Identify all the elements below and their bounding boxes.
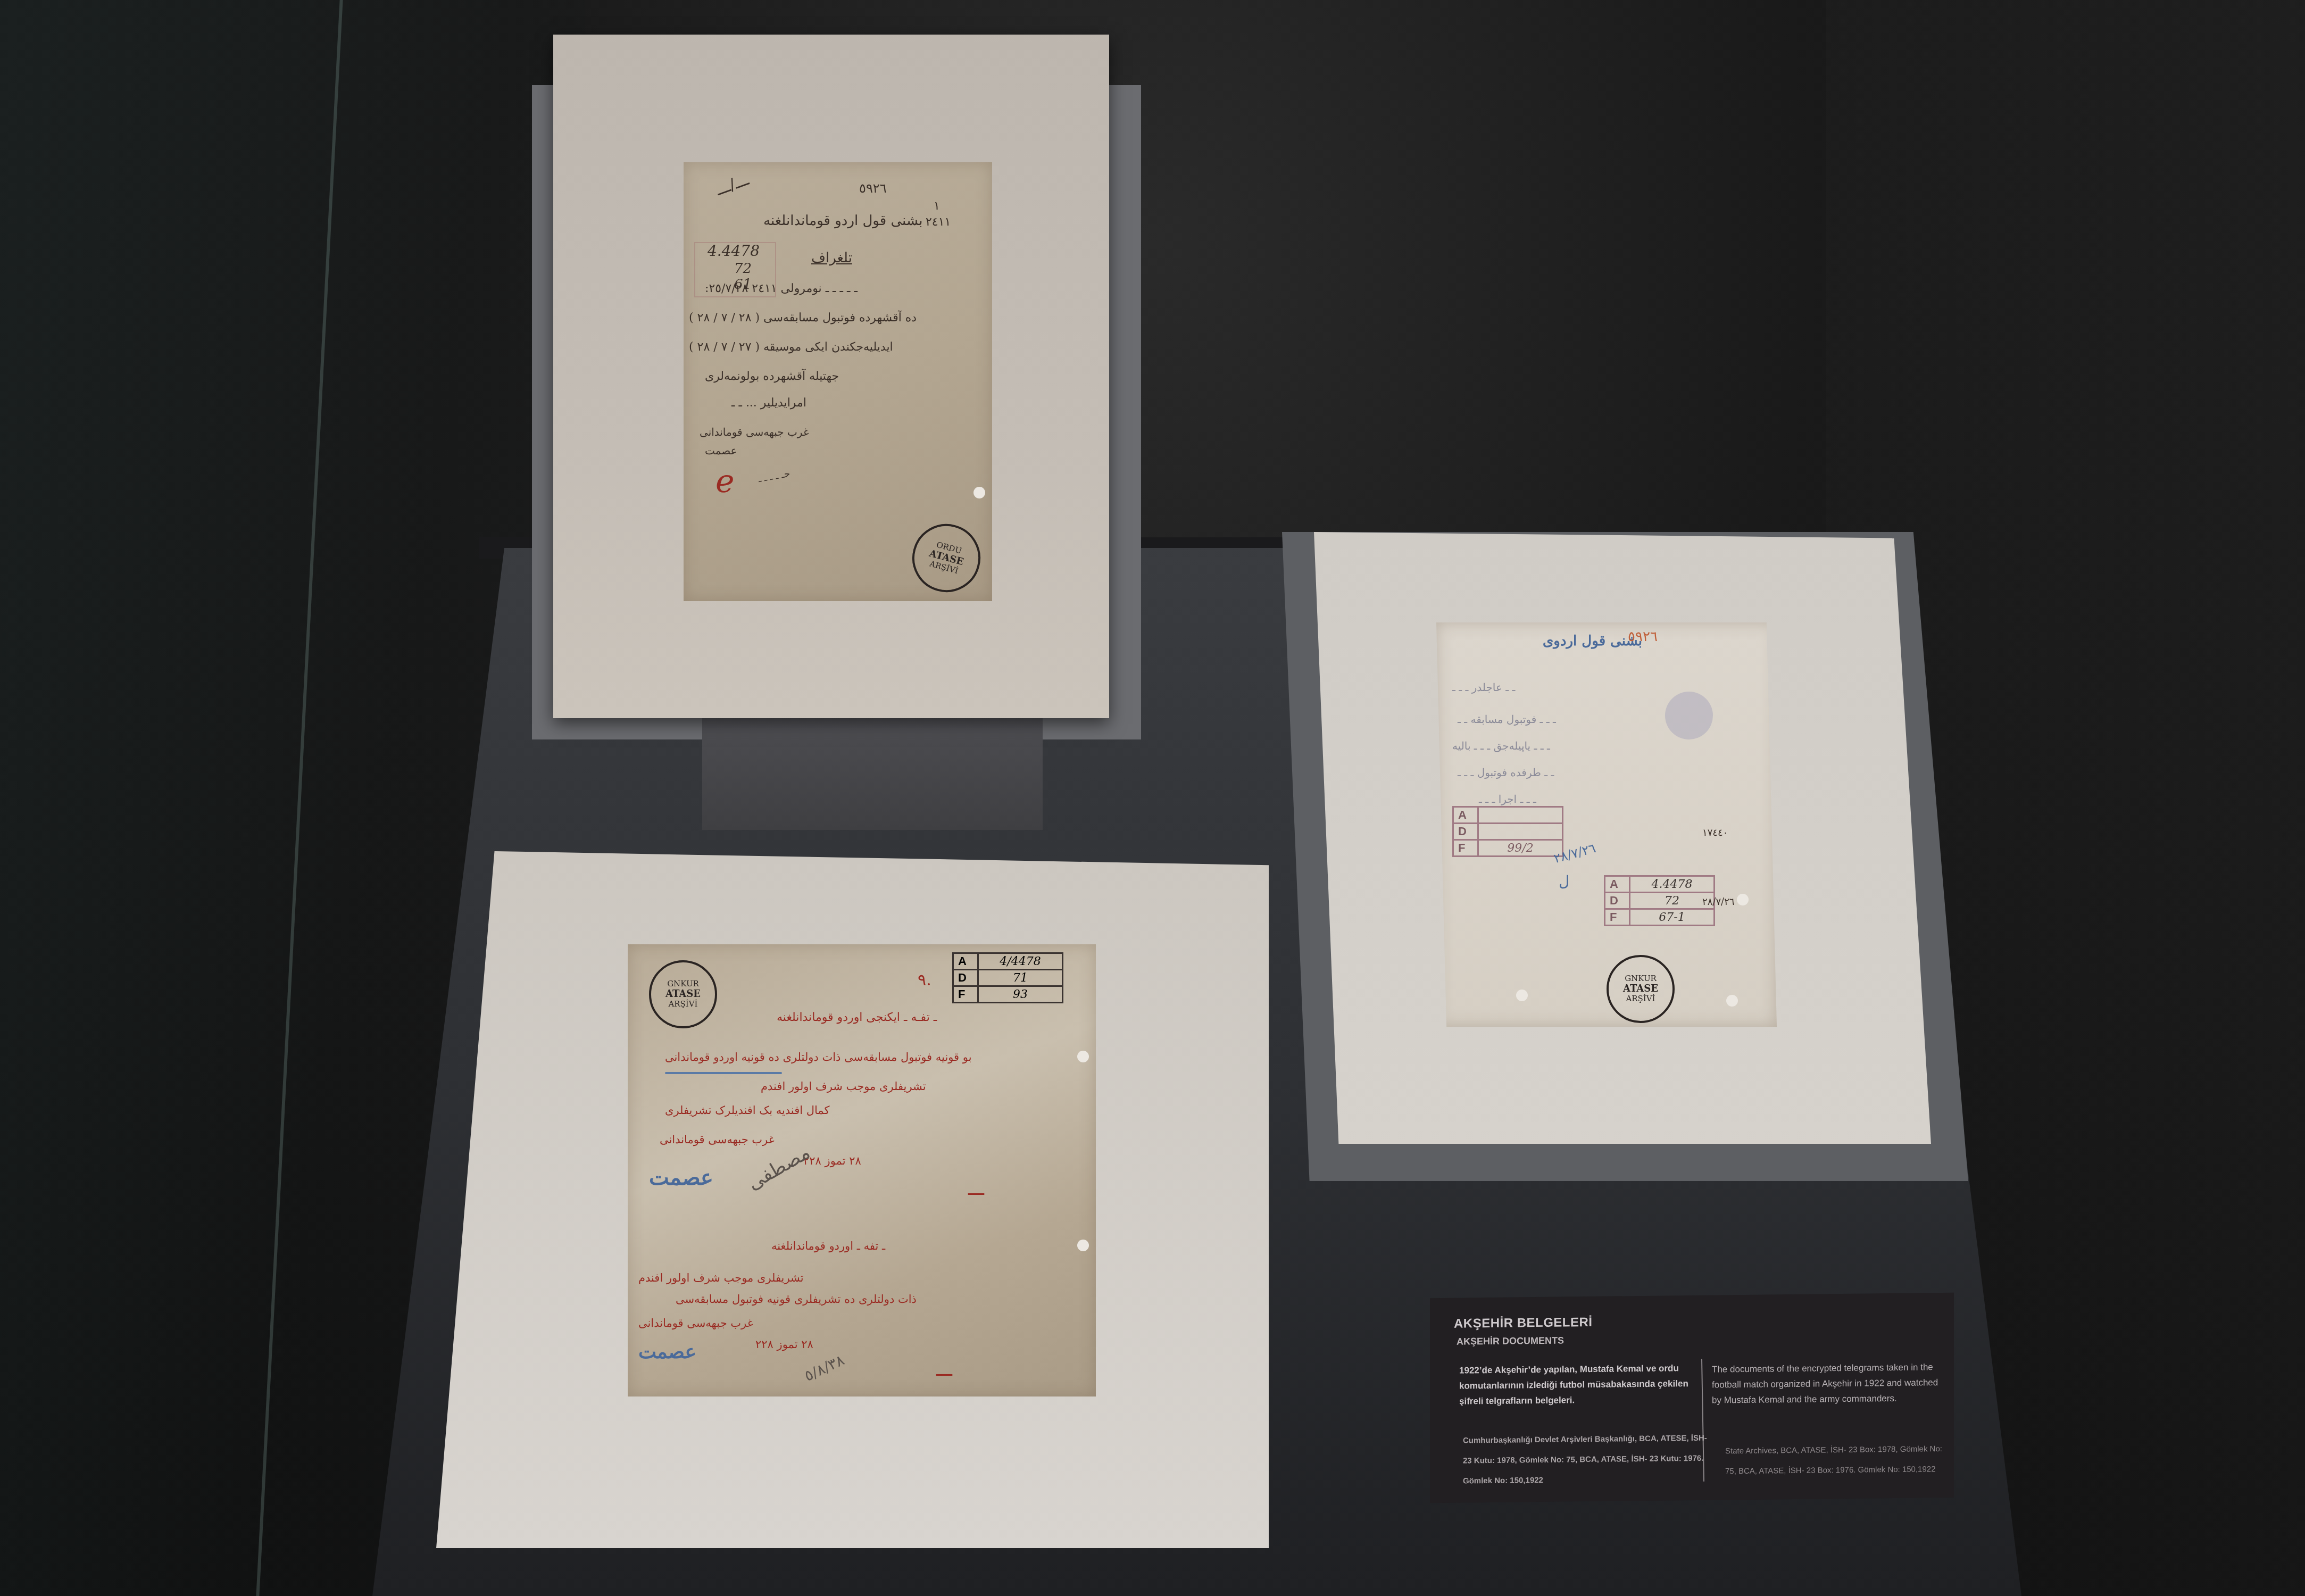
- label-source-english: State Archives, BCA, ATASE, İSH- 23 Box:…: [1725, 1439, 1954, 1482]
- red-line-3: کمال افندیه بک افندیلرک تشریفلری: [665, 1104, 830, 1117]
- faded-seal: [1665, 692, 1713, 739]
- label-title: AKŞEHİR BELGELERİ: [1454, 1315, 1593, 1332]
- display-case-scene: ـــ/ـــ ٥٩٢٦ ١ ٢٤١١ بشنی قول اردو قوماند…: [0, 0, 2305, 1596]
- blue-mark: ل: [1559, 872, 1569, 890]
- pencil-date: ٥/٨/٣٨: [802, 1351, 847, 1385]
- script-line: بشنی قول اردو قوماندانلغنه: [763, 213, 922, 229]
- stamp-bottom-text: ARŞİVİ: [668, 1000, 697, 1009]
- faint-line-5: ـ ـ ـ اجرا ـ ـ ـ: [1479, 793, 1536, 805]
- adf-table-upper: A D F99/2: [1452, 806, 1563, 857]
- red-line-1: بو قونیه فوتبول مسابقه‌سی ذات دولتلری ده…: [665, 1051, 972, 1063]
- document-bottom-left: GNKUR ATASE ARŞİVİ ٩. A4/4478 D71 F93 ـ …: [628, 944, 1096, 1396]
- info-label: AKŞEHİR BELGELERİ AKŞEHİR DOCUMENTS 1922…: [1430, 1293, 1954, 1503]
- body-line-3: جهتیله‌ آقشهرده بولونمه‌لری: [705, 370, 839, 383]
- archive-number-d: 72: [734, 261, 752, 277]
- date-line: :ـ ـ ـ ـ ـ نومرولی ٢٤١١ ٢٥/٧/٢٨: [705, 282, 858, 295]
- header-number: ٥٩٢٦: [859, 181, 887, 196]
- punch-hole: [973, 487, 985, 498]
- label-subtitle: AKŞEHİR DOCUMENTS: [1457, 1335, 1564, 1348]
- red-line-4: غرب جبهه‌سی قوماندانی: [660, 1133, 775, 1146]
- stamp-top-text: GNKUR: [1625, 974, 1657, 983]
- adf-table: A4/4478 D71 F93: [952, 952, 1063, 1003]
- punch-hole: [1077, 1051, 1089, 1062]
- punch-hole: [1737, 894, 1749, 905]
- red-mark-2: ـــ: [968, 1178, 984, 1200]
- fraction-bottom: ٢٤١١: [926, 215, 951, 229]
- archive-number-a: 4.4478: [708, 242, 760, 260]
- body-line-2: ایدیلیه‌جکندن ایکی موسیقه‌ ( ٢٧ / ٧ / ٢٨…: [689, 340, 893, 354]
- red-heading-1: ـ تفـه ـ ایکنجی اوردو قوماندانلغنه: [777, 1011, 937, 1024]
- telegram-title: تلغراف: [811, 250, 852, 266]
- red-heading-2: ـ تفه ـ اوردو قوماندانلغنه: [771, 1240, 885, 1252]
- body-line-6: عصمت: [705, 444, 737, 457]
- body-line-4: امرایدیلیر ... ـ ـ: [731, 396, 806, 410]
- adf-table-lower: A4.4478 D72 F67-1: [1604, 875, 1715, 926]
- body-line-5: غرب جبهه‌سی قوماندانی: [700, 426, 809, 438]
- document-right: بشنی قول اردوی ٥٩٢٦ ـ ـ عاجلدر ـ ـ ـ ـ ـ…: [1436, 622, 1777, 1027]
- red-mark: ٩.: [918, 971, 931, 990]
- body-line-1: ( ٢٨ / ٧ / ٢٨ ) ده آقشهرده فوتبول مسابقه…: [689, 311, 917, 325]
- faint-line-1: ـ ـ عاجلدر ـ ـ ـ: [1452, 681, 1515, 694]
- red-line-2: تشریفلری موجب شرف اولور افندم: [761, 1080, 926, 1093]
- side-date: ٢٨/٧/٢٦: [1702, 896, 1734, 908]
- red-signature: ℯ: [715, 463, 735, 500]
- pencil-signature: مصطفی: [744, 1142, 814, 1195]
- blue-signature-2: عصمت: [638, 1341, 696, 1363]
- faint-line-3: ـ ـ ـ یاپیله‌جق ـ ـ ـ بالیه: [1452, 739, 1550, 752]
- archive-stamp: GNKUR ATASE ARŞİVİ: [649, 960, 717, 1028]
- stamp-bottom-text: ARŞİVİ: [1626, 994, 1655, 1003]
- fraction-top: ١: [934, 199, 940, 213]
- punch-hole: [1077, 1240, 1089, 1251]
- document-top-left: ـــ/ـــ ٥٩٢٦ ١ ٢٤١١ بشنی قول اردو قوماند…: [684, 162, 992, 601]
- side-number: ١٧٤٤٠: [1702, 827, 1728, 838]
- red-mark-3: ـــ: [936, 1359, 952, 1381]
- stamp-center-text: ATASE: [665, 989, 701, 1000]
- pencil-note: حـ ـ ـ ـ ـ: [758, 468, 791, 485]
- archive-stamp: GNKUR ATASE ARŞİVİ: [1607, 955, 1675, 1023]
- punch-hole: [1726, 995, 1738, 1007]
- faint-line-2: ـ ـ ـ فوتبول مسابقه ـ ـ: [1458, 713, 1556, 726]
- stamp-top-text: GNKUR: [667, 979, 699, 988]
- punch-hole: [1516, 990, 1528, 1001]
- red-line-7: غرب جبهه‌سی قوماندانی: [638, 1317, 753, 1329]
- label-text-turkish: 1922’de Akşehir’de yapılan, Mustafa Kema…: [1459, 1360, 1693, 1409]
- blue-underline: [665, 1072, 782, 1074]
- red-date-2: ٢٨ تموز ٢٢٨: [755, 1338, 813, 1351]
- label-text-english: The documents of the encrypted telegrams…: [1712, 1359, 1946, 1408]
- display-riser: [702, 718, 1043, 830]
- red-line-5: تشریفلری موجب شرف اولور افندم: [638, 1271, 804, 1284]
- label-source-turkish: Cumhurbaşkanlığı Devlet Arşivleri Başkan…: [1463, 1428, 1708, 1492]
- blue-signature-1: عصمت: [649, 1165, 713, 1190]
- red-line-6: ذات دولتلری ده تشریفلری قونیه فوتبول مسا…: [676, 1293, 917, 1306]
- faint-line-4: ـ ـ طرفده فوتبول ـ ـ ـ: [1458, 766, 1554, 779]
- archive-stamp: ORDU ATASE ARŞİVİ: [905, 517, 988, 600]
- pencil-mark: ـــ/ـــ: [713, 170, 751, 199]
- stamp-center-text: ATASE: [1623, 984, 1658, 995]
- header-number: ٥٩٢٦: [1628, 629, 1658, 645]
